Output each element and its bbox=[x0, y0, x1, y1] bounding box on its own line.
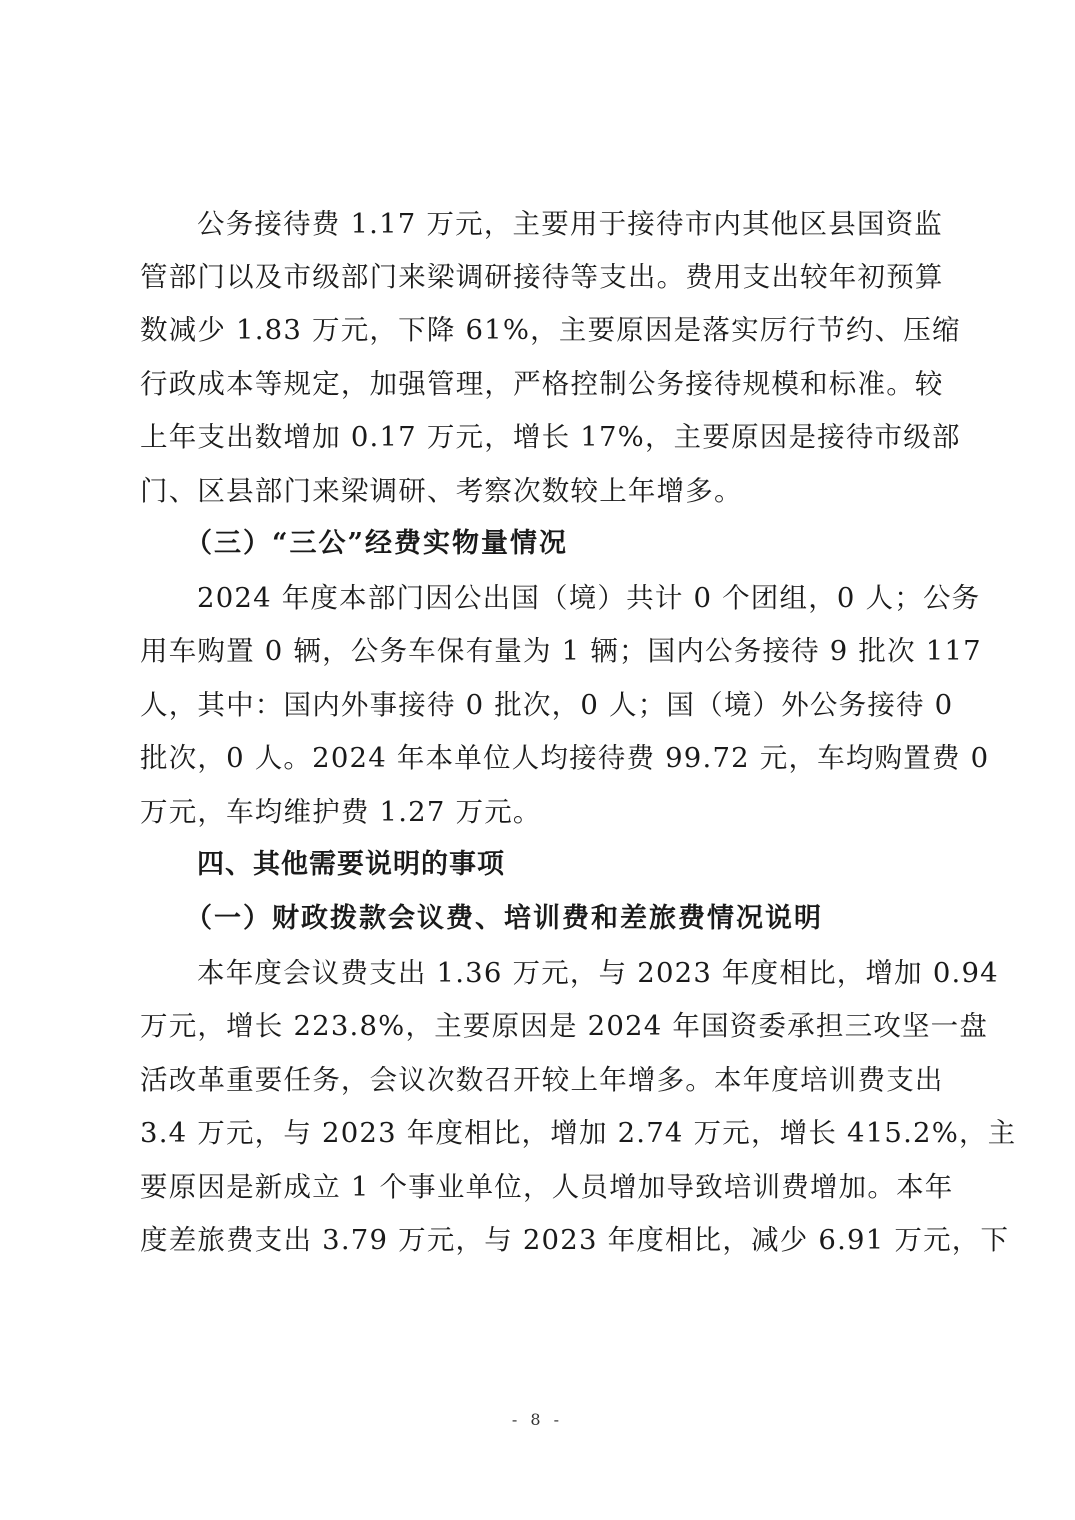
paragraph-line: 要原因是新成立 1 个事业单位，人员增加导致培训费增加。本年 bbox=[140, 1169, 940, 1205]
paragraph-line: 2024 年度本部门因公出国（境）共计 0 个团组，0 人；公务 bbox=[197, 580, 940, 616]
paragraph-line: 行政成本等规定，加强管理，严格控制公务接待规模和标准。较 bbox=[140, 366, 940, 402]
paragraph-line: 公务接待费 1.17 万元，主要用于接待市内其他区县国资监 bbox=[197, 206, 940, 242]
paragraph-line: 管部门以及市级部门来梁调研接待等支出。费用支出较年初预算 bbox=[140, 259, 940, 295]
section-heading: 四、其他需要说明的事项 bbox=[197, 847, 505, 883]
paragraph-line: 活改革重要任务，会议次数召开较上年增多。本年度培训费支出 bbox=[140, 1062, 940, 1098]
paragraph-line: 批次，0 人。2024 年本单位人均接待费 99.72 元，车均购置费 0 bbox=[140, 740, 940, 776]
paragraph-line: 门、区县部门来梁调研、考察次数较上年增多。 bbox=[140, 473, 940, 509]
paragraph-line: 本年度会议费支出 1.36 万元，与 2023 年度相比，增加 0.94 bbox=[197, 955, 940, 991]
paragraph-line: 度差旅费支出 3.79 万元，与 2023 年度相比，减少 6.91 万元，下 bbox=[140, 1222, 940, 1258]
section-subheading: （三）“三公”经费实物量情况 bbox=[185, 526, 568, 562]
document-page: 公务接待费 1.17 万元，主要用于接待市内其他区县国资监 管部门以及市级部门来… bbox=[0, 0, 1075, 1520]
paragraph-line: 3.4 万元，与 2023 年度相比，增加 2.74 万元，增长 415.2%，… bbox=[140, 1115, 940, 1151]
page-number: - 8 - bbox=[0, 1410, 1075, 1429]
paragraph-line: 数减少 1.83 万元，下降 61%，主要原因是落实厉行节约、压缩 bbox=[140, 312, 940, 348]
paragraph-line: 人，其中：国内外事接待 0 批次，0 人；国（境）外公务接待 0 bbox=[140, 687, 940, 723]
paragraph-line: 用车购置 0 辆，公务车保有量为 1 辆；国内公务接待 9 批次 117 bbox=[140, 633, 940, 669]
paragraph-line: 万元，增长 223.8%，主要原因是 2024 年国资委承担三攻坚一盘 bbox=[140, 1008, 940, 1044]
section-subheading: （一）财政拨款会议费、培训费和差旅费情况说明 bbox=[185, 901, 823, 937]
paragraph-line: 万元，车均维护费 1.27 万元。 bbox=[140, 794, 940, 830]
paragraph-line: 上年支出数增加 0.17 万元，增长 17%，主要原因是接待市级部 bbox=[140, 419, 940, 455]
